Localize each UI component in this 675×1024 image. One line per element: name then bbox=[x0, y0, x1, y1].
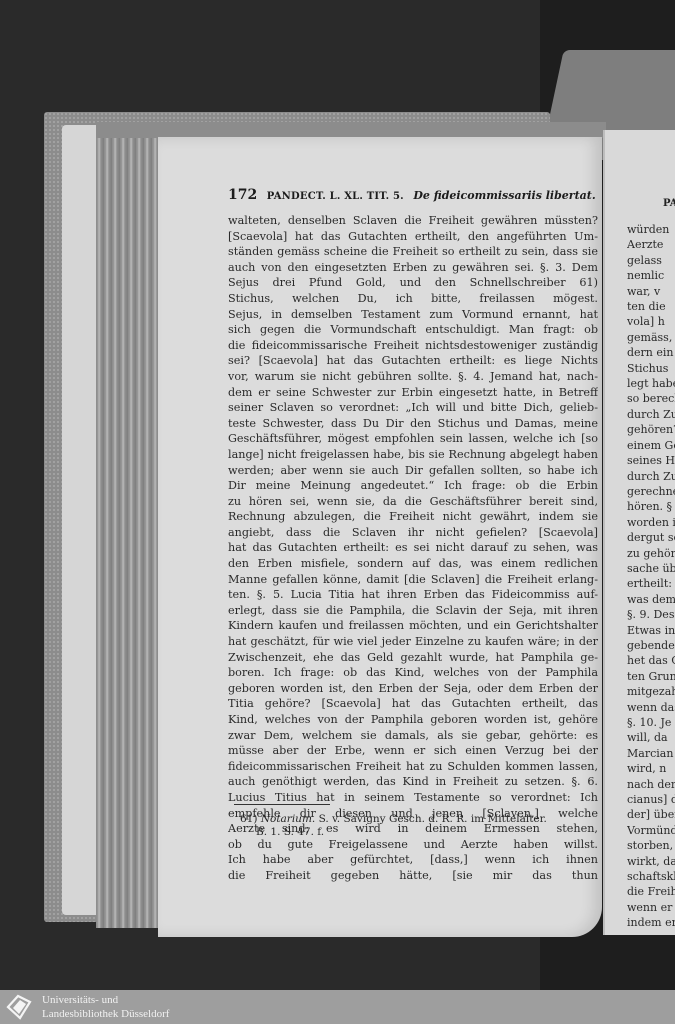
right-text-line: Marcian bbox=[627, 746, 675, 761]
text-line: ten. §. 5. Lucia Titia hat ihren Erben d… bbox=[228, 587, 598, 603]
right-text-line: einem Ge bbox=[627, 438, 675, 453]
right-text-line: Aerzte bbox=[627, 237, 675, 252]
right-text-line: wird, n bbox=[627, 761, 675, 776]
right-text-line: §. 9. Des bbox=[627, 607, 675, 622]
text-line: zwar Dem, welchem sie damals, als sie ge… bbox=[228, 728, 598, 744]
right-text-line: gebenden bbox=[627, 638, 675, 653]
text-line: Kind, welches von der Pamphila geboren w… bbox=[228, 712, 598, 728]
institution-line-2: Landesbibliothek Düsseldorf bbox=[42, 1007, 169, 1021]
right-text-line: nemlic bbox=[627, 268, 675, 283]
right-text-line: nach dem bbox=[627, 777, 675, 792]
right-text-line: die Freihe bbox=[627, 884, 675, 899]
left-page: 172 PANDECT. L. XL. TIT. 5. De fideicomm… bbox=[158, 137, 602, 937]
right-text-line: worden i bbox=[627, 515, 675, 530]
text-line: Geschäftsführer, mögest empfohlen sein l… bbox=[228, 431, 598, 447]
right-text-line: het das G bbox=[627, 653, 675, 668]
running-head: PANDECT. L. XL. TIT. 5. bbox=[267, 191, 404, 202]
text-line: [Scaevola] hat das Gutachten ertheilt, d… bbox=[228, 229, 598, 245]
text-line: ständen gemäss scheine die Freiheit so e… bbox=[228, 244, 598, 260]
right-text-line: schaftsklag bbox=[627, 869, 675, 884]
text-line: teste Schwester, dass Du Dir den Stichus… bbox=[228, 416, 598, 432]
page-top-edge bbox=[96, 122, 606, 138]
right-text-line: sache übr bbox=[627, 561, 675, 576]
right-page-text: würdenAerztegelassnemlicwar, vten dievol… bbox=[627, 222, 675, 931]
text-line: die fideicommissarische Freiheit nichtsd… bbox=[228, 338, 598, 354]
footnote-line-1: 61) Notarium. S. v. Savigny Gesch. d. R.… bbox=[240, 813, 600, 826]
text-line: Titia gehöre? [Scaevola] hat das Gutacht… bbox=[228, 696, 598, 712]
text-line: sich gegen die Vormundschaft entschuldig… bbox=[228, 322, 598, 338]
library-footer-bar: Universitäts- und Landesbibliothek Düsse… bbox=[0, 990, 675, 1024]
text-line: boren. Ich frage: ob das Kind, welches v… bbox=[228, 665, 598, 681]
right-text-line: wirkt, da bbox=[627, 854, 675, 869]
right-text-line: legt habe bbox=[627, 376, 675, 391]
text-line: fideicommissarischen Freiheit hat zu Sch… bbox=[228, 759, 598, 775]
body-text: walteten, denselben Sclaven die Freiheit… bbox=[228, 213, 598, 884]
right-text-line: Etwas in bbox=[627, 623, 675, 638]
right-text-line: gelass bbox=[627, 253, 675, 268]
text-line: Rechnung abzulegen, die Freiheit nicht g… bbox=[228, 509, 598, 525]
right-text-line: durch Zu bbox=[627, 407, 675, 422]
page-header: 172 PANDECT. L. XL. TIT. 5. De fideicomm… bbox=[228, 187, 598, 203]
right-running-head: PA bbox=[663, 198, 675, 209]
right-text-line: mitgezahlt bbox=[627, 684, 675, 699]
right-text-line: durch Zu bbox=[627, 469, 675, 484]
page-edges bbox=[96, 128, 158, 928]
right-text-line: wenn er l bbox=[627, 900, 675, 915]
right-text-line: Stichus bbox=[627, 361, 675, 376]
text-line: walteten, denselben Sclaven die Freiheit… bbox=[228, 213, 598, 229]
right-text-line: ten die bbox=[627, 299, 675, 314]
text-line: den Erben misfiele, sondern auf das, was… bbox=[228, 556, 598, 572]
text-line: dem er seine Schwester zur Erbin eingese… bbox=[228, 385, 598, 401]
text-line: hat geschätzt, für wie viel jeder Einzel… bbox=[228, 634, 598, 650]
text-line: Stichus, welchen Du, ich bitte, freilass… bbox=[228, 291, 598, 307]
right-text-line: vola] h bbox=[627, 314, 675, 329]
right-text-line: hören. § bbox=[627, 499, 675, 514]
right-text-line: indem er bbox=[627, 915, 675, 930]
text-line: Manne gefallen könne, damit [die Sclaven… bbox=[228, 572, 598, 588]
right-text-line: zu gehöre bbox=[627, 546, 675, 561]
text-line: zu hören sei, wenn sie, da die Geschäfts… bbox=[228, 494, 598, 510]
right-text-line: dern ein bbox=[627, 345, 675, 360]
right-text-line: ertheilt: bbox=[627, 576, 675, 591]
footnote-line-2: B. 1. S. 47. f. bbox=[240, 826, 600, 839]
text-line: die Freiheit gegeben hätte, [sie mir das… bbox=[228, 868, 598, 884]
text-line: vor, warum sie nicht gebühren sollte. §.… bbox=[228, 369, 598, 385]
text-line: Kindern kaufen und freilassen möchten, u… bbox=[228, 618, 598, 634]
right-text-line: §. 10. Je bbox=[627, 715, 675, 730]
section-title: De fideicommissariis libertat. bbox=[413, 189, 595, 202]
text-line: müsse aber der Erbe, wenn er sich einen … bbox=[228, 743, 598, 759]
right-text-line: gehören? bbox=[627, 422, 675, 437]
text-line: werden; aber wenn sie auch Dir gefallen … bbox=[228, 463, 598, 479]
page-number: 172 bbox=[228, 187, 257, 203]
right-text-line: würden bbox=[627, 222, 675, 237]
text-line: angiebt, dass die Sclaven ihr nicht gefi… bbox=[228, 525, 598, 541]
text-line: auch von den eingesetzten Erben zu gewäh… bbox=[228, 260, 598, 276]
text-line: lange] nicht freigelassen habe, bis sie … bbox=[228, 447, 598, 463]
right-text-line: wenn das bbox=[627, 700, 675, 715]
right-text-line: gemäss, bbox=[627, 330, 675, 345]
text-line: seiner Sclaven so verordnet: „Ich will u… bbox=[228, 400, 598, 416]
right-text-line: seines H bbox=[627, 453, 675, 468]
institution-line-1: Universitäts- und bbox=[42, 993, 169, 1007]
right-text-line: dergut so bbox=[627, 530, 675, 545]
right-text-line: storben, u bbox=[627, 838, 675, 853]
book-logo-icon bbox=[4, 993, 34, 1021]
right-page: PA würdenAerztegelassnemlicwar, vten die… bbox=[603, 130, 675, 935]
text-line: Zwischenzeit, ehe das Geld gezahlt wurde… bbox=[228, 650, 598, 666]
text-line: geboren worden ist, den Erben der Seja, … bbox=[228, 681, 598, 697]
right-text-line: der] übert bbox=[627, 807, 675, 822]
text-line: ob du gute Freigelassene und Aerzte habe… bbox=[228, 837, 598, 853]
right-text-line: ten Grund bbox=[627, 669, 675, 684]
text-line: hat das Gutachten ertheilt: es sei nicht… bbox=[228, 540, 598, 556]
footnote-marker: 61) bbox=[240, 813, 257, 825]
text-line: Ich habe aber gefürchtet, [dass,] wenn i… bbox=[228, 852, 598, 868]
right-text-line: was dem bbox=[627, 592, 675, 607]
text-line: sei? [Scaevola] hat das Gutachten erthei… bbox=[228, 353, 598, 369]
footnote: 61) Notarium. S. v. Savigny Gesch. d. R.… bbox=[240, 813, 600, 839]
institution-name: Universitäts- und Landesbibliothek Düsse… bbox=[42, 993, 169, 1021]
text-line: Sejus drei Pfund Gold, und den Schnellsc… bbox=[228, 275, 598, 291]
right-text-line: Vormünder bbox=[627, 823, 675, 838]
right-text-line: will, da bbox=[627, 730, 675, 745]
text-line: Dir meine Meinung angedeutet.“ Ich frage… bbox=[228, 478, 598, 494]
page-stack bbox=[62, 125, 100, 915]
text-line: auch genöthigt werden, das Kind in Freih… bbox=[228, 774, 598, 790]
footnote-divider bbox=[234, 804, 330, 805]
right-text-line: war, v bbox=[627, 284, 675, 299]
right-text-line: so berech bbox=[627, 391, 675, 406]
right-text-line: cianus] de bbox=[627, 792, 675, 807]
right-text-line: gerechnet bbox=[627, 484, 675, 499]
text-line: erlegt, dass sie die Pamphila, die Sclav… bbox=[228, 603, 598, 619]
footnote-term: Notarium. bbox=[261, 813, 315, 825]
footnote-citation: S. v. Savigny Gesch. d. R. R. im Mittela… bbox=[319, 813, 547, 825]
text-line: Sejus, in demselben Testament zum Vormun… bbox=[228, 307, 598, 323]
